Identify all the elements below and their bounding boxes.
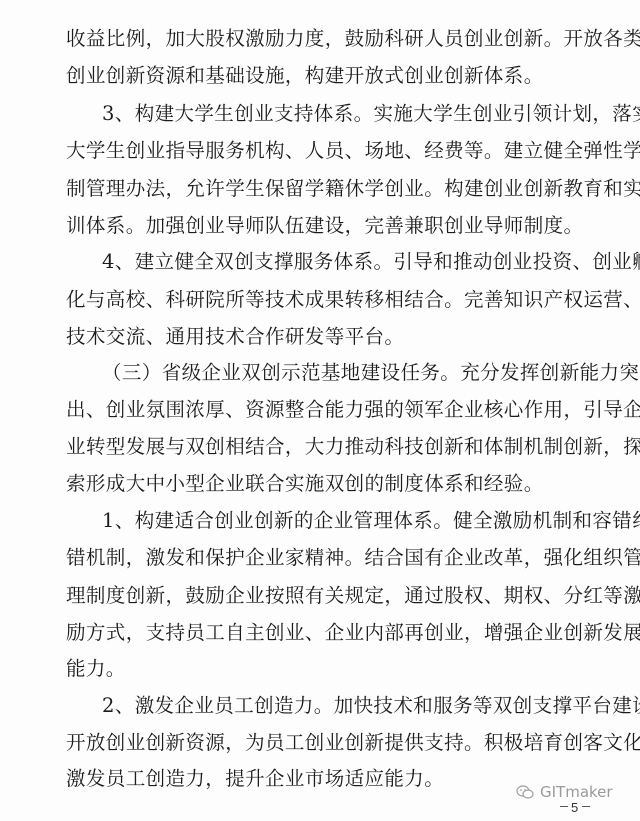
section-heading-line: 4、建立健全双创支撑服务体系。引导和推动创业投资、创业孵 xyxy=(102,250,640,274)
section-heading-line: 3、构建大学生创业支持体系。实施大学生创业引领计划，落实 xyxy=(102,102,640,126)
text-line: 收益比例，加大股权激励力度，鼓励科研人员创业创新。开放各类 xyxy=(66,27,640,51)
text-line: 错机制，激发和保护企业家精神。结合国有企业改革，强化组织管 xyxy=(66,546,640,570)
watermark-text: GITmaker xyxy=(540,783,613,801)
section-heading-line: 1、构建适合创业创新的企业管理体系。健全激励机制和容错纠 xyxy=(102,509,640,533)
page-number-dash-left xyxy=(560,806,568,807)
wechat-icon xyxy=(516,784,534,800)
page-number-dash-right xyxy=(582,806,590,807)
text-line: 激发员工创造力，提升企业市场适应能力。 xyxy=(66,767,444,791)
text-line: 训体系。加强创业导师队伍建设，完善兼职创业导师制度。 xyxy=(66,214,583,238)
text-line: 技术交流、通用技术合作研发等平台。 xyxy=(66,325,404,349)
text-line: 索形成大中小型企业联合实施双创的制度体系和经验。 xyxy=(66,472,544,496)
section-heading-line: （三）省级企业双创示范基地建设任务。充分发挥创新能力突 xyxy=(102,361,639,385)
text-line: 开放创业创新资源，为员工创业创新提供支持。积极培育创客文化， xyxy=(66,731,640,755)
text-line: 业转型发展与双创相结合，大力推动科技创新和体制机制创新，探 xyxy=(66,435,640,459)
text-line: 出、创业氛围浓厚、资源整合能力强的领军企业核心作用，引导企 xyxy=(66,398,640,422)
text-line: 能力。 xyxy=(66,657,126,681)
text-line: 励方式，支持员工自主创业、企业内部再创业，增强企业创新发展 xyxy=(66,621,640,645)
section-heading-line: 2、激发企业员工创造力。加快技术和服务等双创支撑平台建设， xyxy=(102,694,640,718)
document-page: 收益比例，加大股权激励力度，鼓励科研人员创业创新。开放各类 创业创新资源和基础设… xyxy=(0,0,640,821)
text-line: 制管理办法，允许学生保留学籍休学创业。构建创业创新教育和实 xyxy=(66,177,640,201)
text-line: 理制度创新，鼓励企业按照有关规定，通过股权、期权、分红等激 xyxy=(66,584,640,608)
text-line: 化与高校、科研院所等技术成果转移相结合。完善知识产权运营、 xyxy=(66,288,640,312)
text-line: 创业创新资源和基础设施，构建开放式创业创新体系。 xyxy=(66,64,544,88)
watermark: GITmaker xyxy=(516,783,613,801)
page-number: 5 xyxy=(571,800,578,815)
text-line: 大学生创业指导服务机构、人员、场地、经费等。建立健全弹性学 xyxy=(66,139,640,163)
